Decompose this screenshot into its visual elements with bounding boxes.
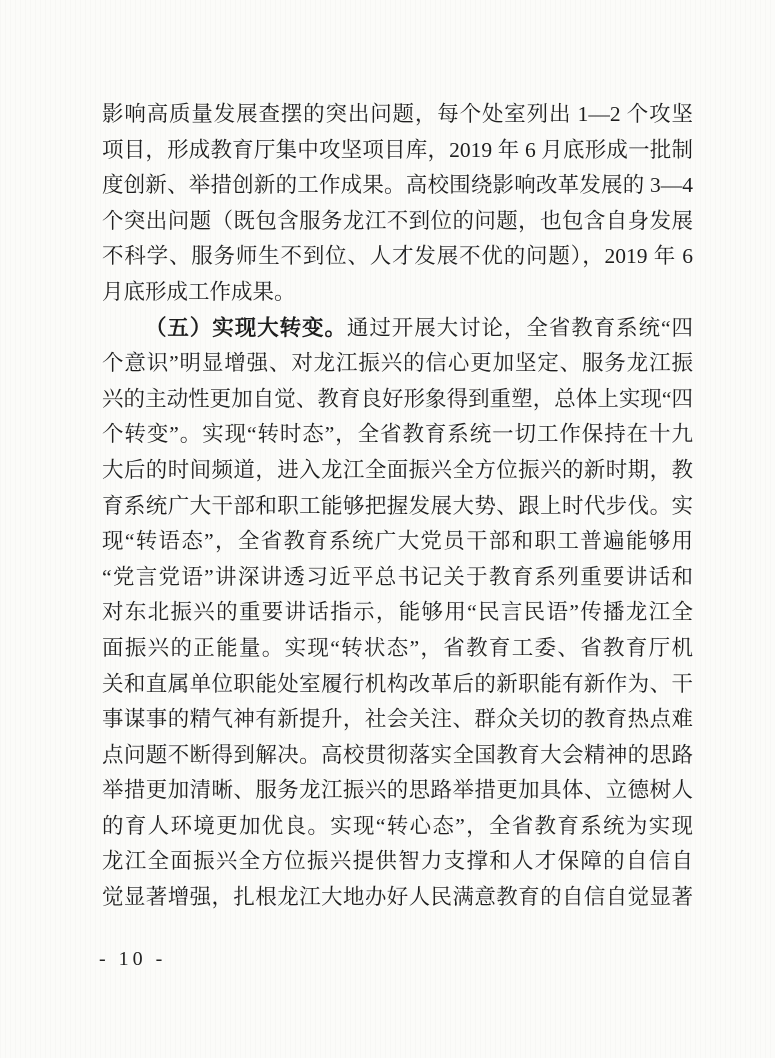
text-line: 现“转语态”，全省教育系统广大党员干部和职工普遍能够用	[102, 524, 693, 560]
text-block: 影响高质量发展查摆的突出问题，每个处室列出 1—2 个攻坚项目，形成教育厅集中攻…	[102, 97, 693, 916]
text-line: 龙江全面振兴全方位振兴提供智力支撑和人才保障的自信自	[102, 844, 693, 880]
text-line: 个转变”。实现“转时态”，全省教育系统一切工作保持在十九	[102, 417, 693, 453]
page-number: - 10 -	[99, 948, 166, 971]
section-heading: （五）实现大转变。	[145, 316, 347, 340]
text-line: 项目，形成教育厅集中攻坚项目库，2019 年 6 月底形成一批制	[102, 133, 693, 169]
text-line: 月底形成工作成果。	[102, 275, 693, 311]
text-line: 的育人环境更加优良。实现“转心态”，全省教育系统为实现	[102, 809, 693, 845]
text-line: 对东北振兴的重要讲话指示，能够用“民言民语”传播龙江全	[102, 595, 693, 631]
text-line: 度创新、举措创新的工作成果。高校围绕影响改革发展的 3—4	[102, 168, 693, 204]
paragraph-1: 影响高质量发展查摆的突出问题，每个处室列出 1—2 个攻坚项目，形成教育厅集中攻…	[102, 97, 693, 311]
document-page: 影响高质量发展查摆的突出问题，每个处室列出 1—2 个攻坚项目，形成教育厅集中攻…	[0, 0, 775, 1058]
text-line: 关和直属单位职能处室履行机构改革后的新职能有新作为、干	[102, 667, 693, 703]
text-line: （五）实现大转变。通过开展大讨论，全省教育系统“四	[102, 311, 693, 347]
text-line: 影响高质量发展查摆的突出问题，每个处室列出 1—2 个攻坚	[102, 97, 693, 133]
text-line: 举措更加清晰、服务龙江振兴的思路举措更加具体、立德树人	[102, 773, 693, 809]
text-line: 觉显著增强，扎根龙江大地办好人民满意教育的自信自觉显著	[102, 880, 693, 916]
text-line: 事谋事的精气神有新提升，社会关注、群众关切的教育热点难	[102, 702, 693, 738]
text-line: 个意识”明显增强、对龙江振兴的信心更加坚定、服务龙江振	[102, 346, 693, 382]
text-line: 点问题不断得到解决。高校贯彻落实全国教育大会精神的思路	[102, 738, 693, 774]
text-line: 大后的时间频道，进入龙江全面振兴全方位振兴的新时期，教	[102, 453, 693, 489]
text-line: 个突出问题（既包含服务龙江不到位的问题，也包含自身发展	[102, 204, 693, 240]
text-line: 不科学、服务师生不到位、人才发展不优的问题），2019 年 6	[102, 239, 693, 275]
paragraph-2: （五）实现大转变。通过开展大讨论，全省教育系统“四 个意识”明显增强、对龙江振兴…	[102, 311, 693, 916]
text-line: 兴的主动性更加自觉、教育良好形象得到重塑，总体上实现“四	[102, 382, 693, 418]
text-line: 面振兴的正能量。实现“转状态”，省教育工委、省教育厅机	[102, 631, 693, 667]
text-line: 育系统广大干部和职工能够把握发展大势、跟上时代步伐。实	[102, 489, 693, 525]
first-line-text: 通过开展大讨论，全省教育系统“四	[347, 316, 693, 340]
text-line: “党言党语”讲深讲透习近平总书记关于教育系列重要讲话和	[102, 560, 693, 596]
